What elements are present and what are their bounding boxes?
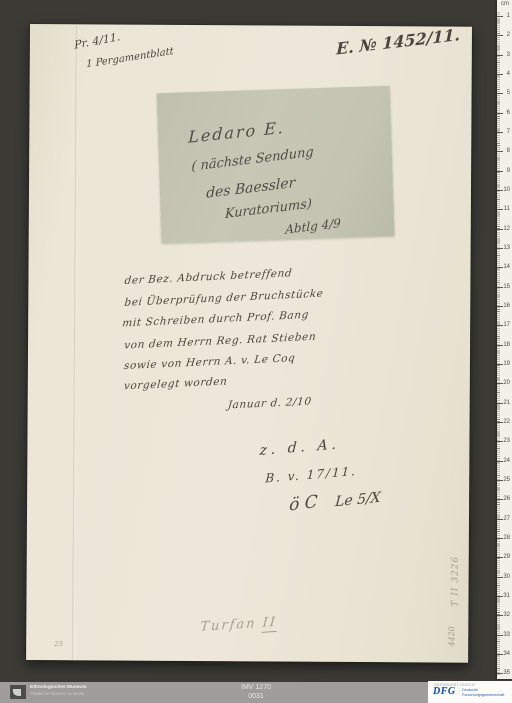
ruler-number: 29 (497, 554, 510, 560)
signature-mark: Le 5/X (335, 490, 382, 511)
ruler-number: 35 (497, 670, 510, 676)
annotation-top-right: E. № 1452/11. (336, 25, 460, 59)
ruler-number: 32 (497, 612, 510, 618)
label-line2: ( nächste Sendung (191, 145, 313, 175)
paper-fold-crease (72, 24, 78, 660)
filing-note-line1: z. d. A. (259, 436, 340, 459)
ruler-number: 18 (497, 342, 510, 348)
ruler-number: 31 (497, 593, 510, 599)
ruler-number: 1 (497, 13, 510, 19)
ruler-number: 19 (497, 361, 510, 367)
dfg-name-line2: Forschungsgemeinschaft (462, 693, 504, 698)
annotation-top-left-line2: 1 Pergamentblatt (86, 46, 174, 70)
pencil-title-numeral: II (262, 615, 278, 633)
note-line-1: der Bez. Abdruck betreffend (124, 267, 293, 287)
funding-logo-block: GEFÖRDERT DURCH DFG Deutsche Forschungsg… (428, 681, 512, 703)
pencil-vertical-reference: T II 3226 (450, 556, 460, 607)
note-line-2: bei Überprüfung der Bruchstücke (124, 288, 324, 309)
ruler-number: 15 (497, 284, 510, 290)
ruler-number: 25 (497, 477, 510, 483)
pencil-title-turfan: Turfan II (200, 615, 278, 635)
ruler-number: 10 (497, 187, 510, 193)
pasted-label: Ledaro E. ( nächste Sendung des Baessler… (157, 86, 395, 243)
ruler-number: 7 (497, 129, 510, 135)
pencil-corner-mark: 25 (54, 640, 63, 648)
scan-viewer: Pr. 4/11. 1 Pergamentblatt E. № 1452/11.… (0, 0, 512, 703)
ruler-number: 27 (497, 516, 510, 522)
manuscript-page: Pr. 4/11. 1 Pergamentblatt E. № 1452/11.… (26, 24, 472, 663)
ruler-number: 2 (497, 32, 510, 38)
dfg-logo: DFG (433, 686, 456, 697)
ruler-number: 9 (497, 168, 510, 174)
ruler-number: 8 (497, 148, 510, 154)
ruler-number: 4 (497, 71, 510, 77)
ruler-number: 26 (497, 496, 510, 502)
label-line1: Ledaro E. (188, 118, 285, 147)
ruler-number: 12 (497, 226, 510, 232)
ruler-number: 16 (497, 303, 510, 309)
ruler-number: 13 (497, 245, 510, 251)
pencil-vertical-number: 4420 (447, 626, 456, 646)
note-line-3: mit Schreiben durch Prof. Bang (122, 309, 310, 330)
ruler-number: 24 (497, 458, 510, 464)
note-line-5: sowie von Herrn A. v. Le Coq (123, 352, 295, 372)
signature-flourish: ö C (289, 492, 318, 516)
pencil-title-word: Turfan (200, 616, 257, 635)
dfg-name: Deutsche Forschungsgemeinschaft (462, 688, 504, 698)
ruler-number: 5 (497, 90, 510, 96)
ruler-number: 30 (497, 574, 510, 580)
note-line-6: vorgelegt worden (123, 375, 228, 392)
label-line3: des Baessler (206, 175, 295, 202)
ruler-number: 28 (497, 535, 510, 541)
ruler-number: 20 (497, 380, 510, 386)
footer-bar: Ethnologisches Museum Staatliche Museen … (0, 682, 512, 703)
filing-note-line2: B. v. 17/11. (265, 464, 357, 486)
annotation-top-left-line1: Pr. 4/11. (74, 30, 121, 52)
ruler-number: 34 (497, 651, 510, 657)
ruler-number: 14 (497, 264, 510, 270)
ruler-number: 17 (497, 322, 510, 328)
ruler-number: 6 (497, 110, 510, 116)
ruler-number: 11 (497, 206, 510, 212)
ruler-number: 33 (497, 632, 510, 638)
label-line4: Kuratoriums) (225, 196, 312, 222)
cm-ruler: cm 1234567891011121314151617181920212223… (497, 0, 512, 679)
label-line5: Abtlg 4/9 (285, 216, 341, 237)
ruler-number: 21 (497, 400, 510, 406)
ruler-unit-label: cm (501, 1, 509, 7)
note-dateline: Januar d. 2/10 (227, 395, 312, 411)
ruler-number: 23 (497, 438, 510, 444)
ruler-number: 3 (497, 52, 510, 58)
note-line-4: von dem Herrn Reg. Rat Stieben (124, 331, 317, 352)
ruler-number: 22 (497, 419, 510, 425)
